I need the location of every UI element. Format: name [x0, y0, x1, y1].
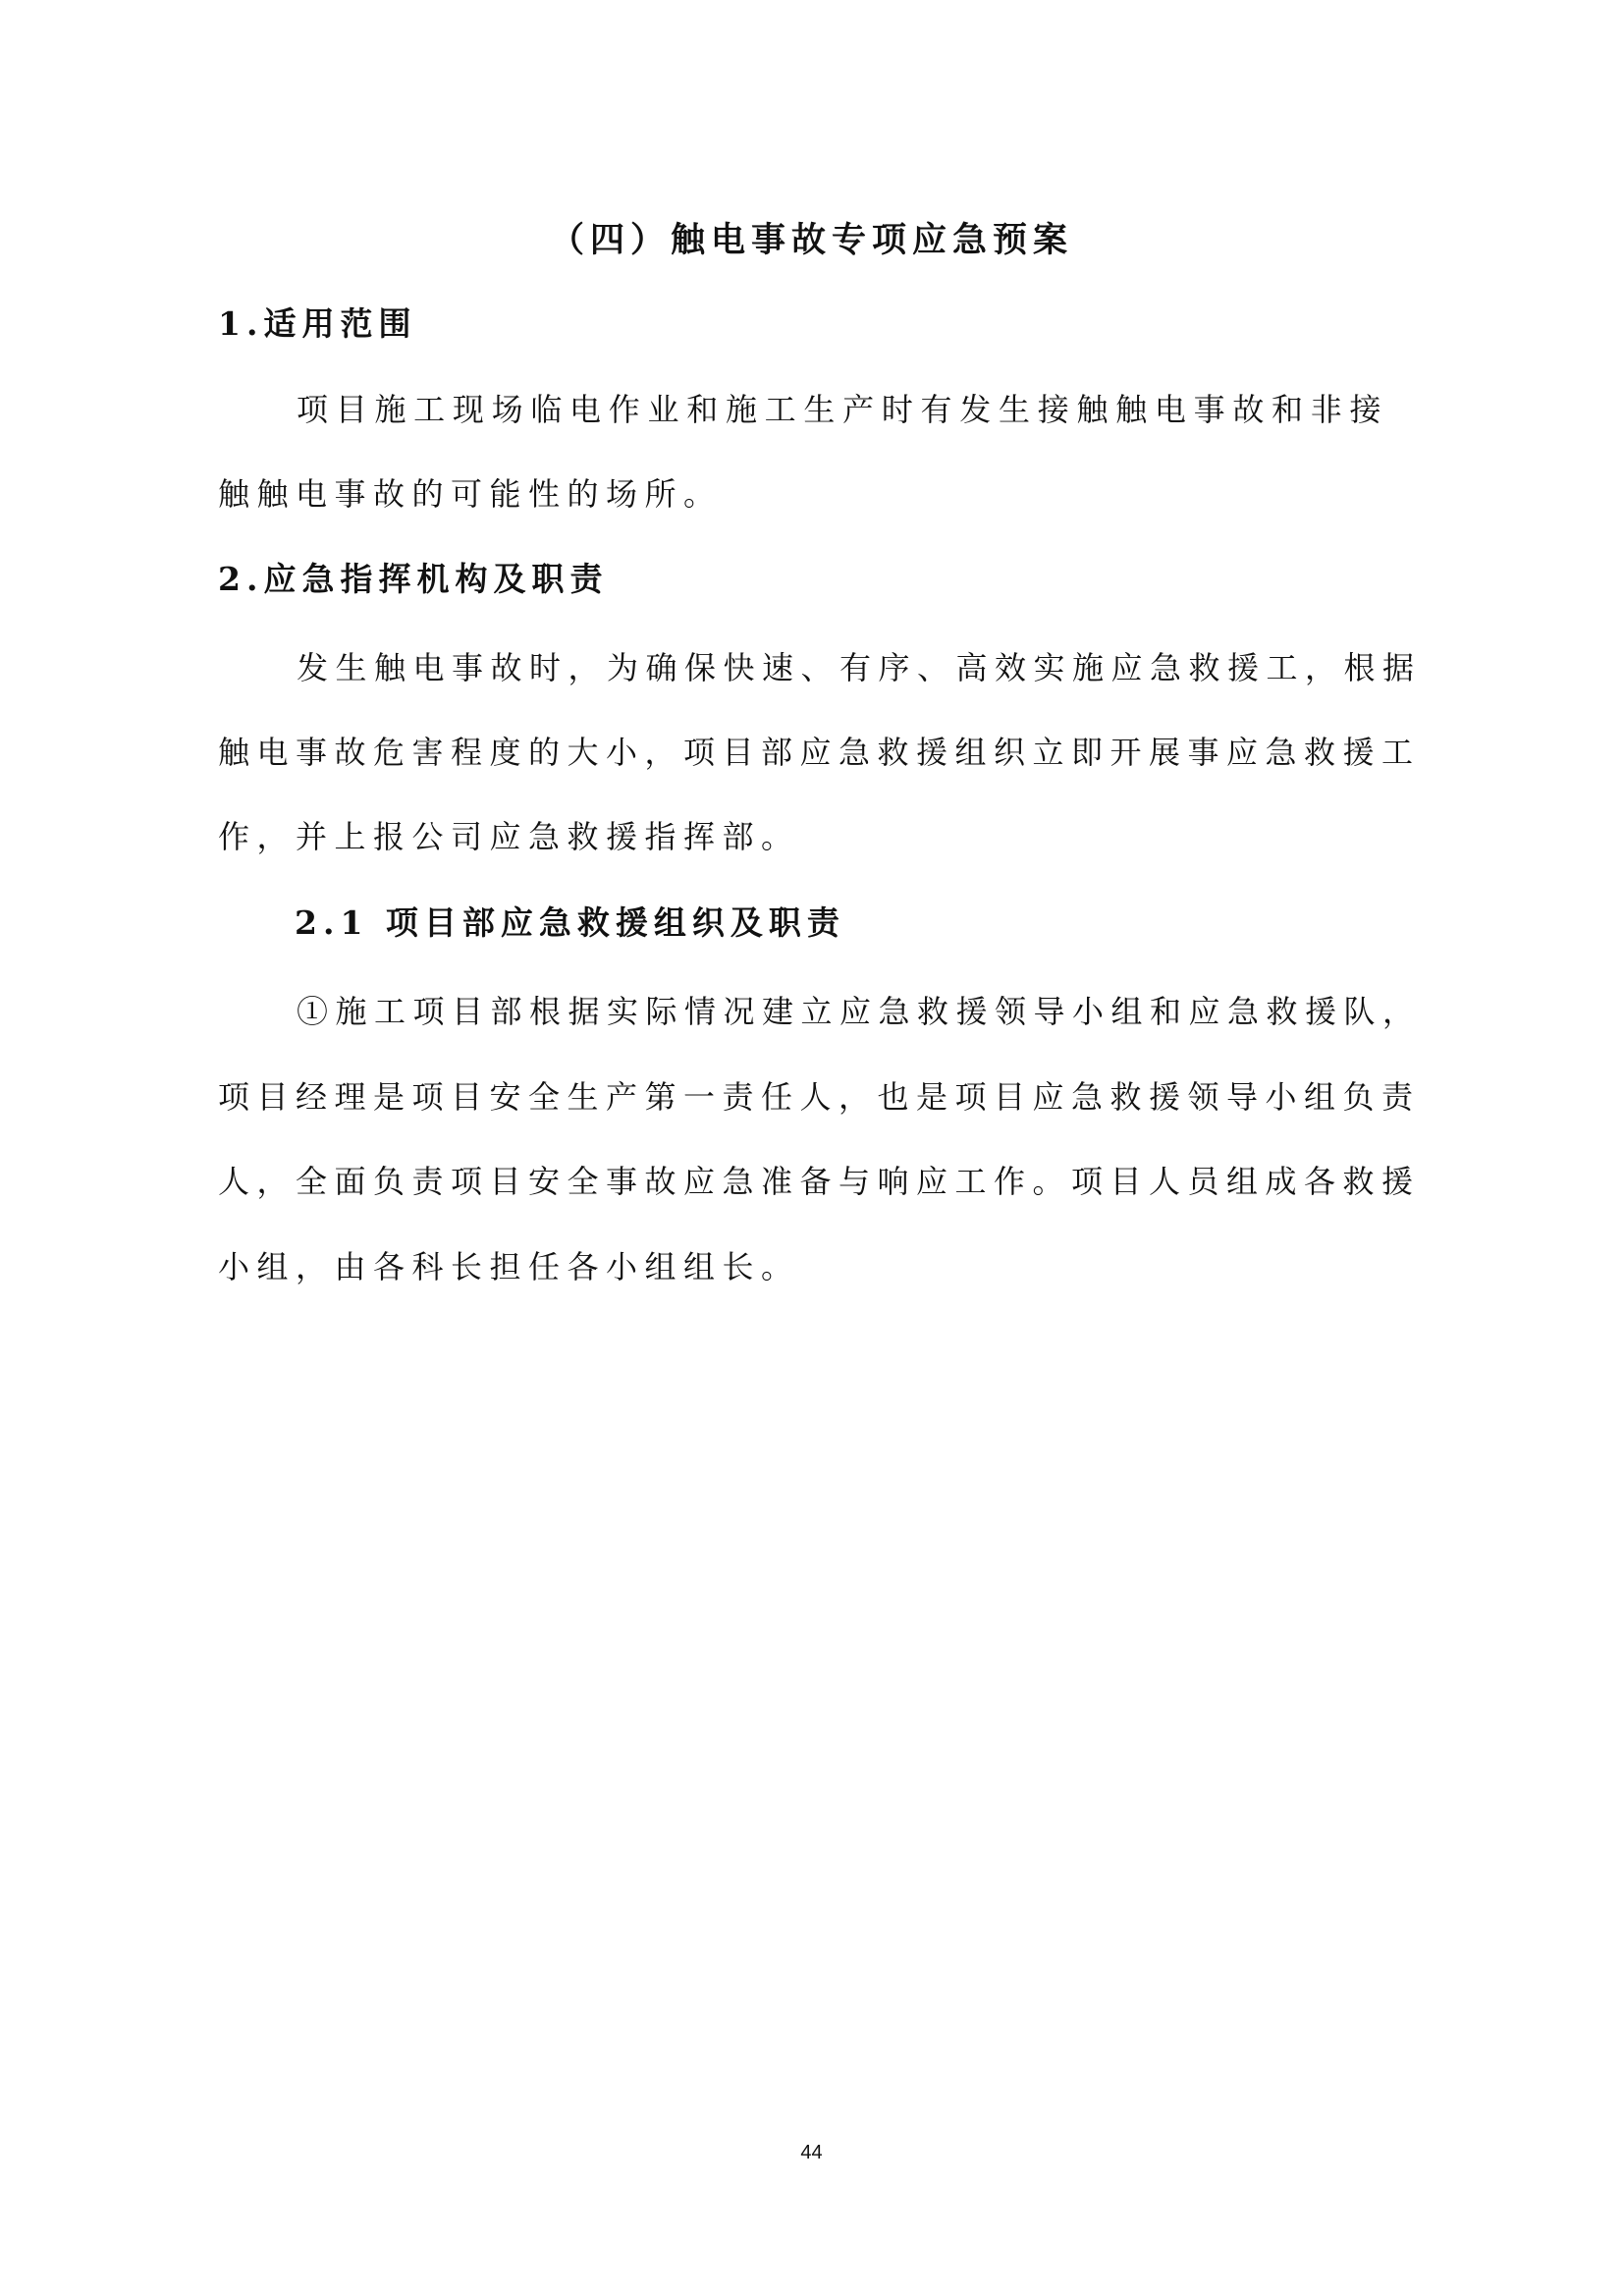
document-page: （四）触电事故专项应急预案 1.适用范围 项目施工现场临电作业和施工生产时有发生…: [0, 0, 1623, 2296]
paragraph-line: 触触电事故的可能性的场所。: [218, 472, 1388, 516]
paragraph-line: 作，并上报公司应急救援指挥部。: [218, 815, 1388, 858]
paragraph-line: 项目经理是项目安全生产第一责任人，也是项目应急救援领导小组负责: [218, 1075, 1388, 1119]
paragraph-line: 小组，由各科长担任各小组组长。: [218, 1245, 1388, 1288]
page-number: 44: [0, 2141, 1623, 2164]
document-title: （四）触电事故专项应急预案: [0, 217, 1623, 264]
section-heading-1: 1.适用范围: [218, 302, 416, 346]
section-heading-2: 2.应急指挥机构及职责: [218, 558, 608, 601]
paragraph-line: 人，全面负责项目安全事故应急准备与响应工作。项目人员组成各救援: [218, 1160, 1388, 1203]
subsection-heading-2-1: 2.1 项目部应急救援组织及职责: [295, 902, 845, 945]
paragraph-line: 项目施工现场临电作业和施工生产时有发生接触触电事故和非接: [297, 388, 1388, 431]
paragraph-line: 触电事故危害程度的大小，项目部应急救援组织立即开展事应急救援工: [218, 731, 1388, 774]
paragraph-line: 发生触电事故时，为确保快速、有序、高效实施应急救援工，根据: [297, 646, 1388, 689]
paragraph-line: ①施工项目部根据实际情况建立应急救援领导小组和应急救援队，: [297, 990, 1388, 1033]
